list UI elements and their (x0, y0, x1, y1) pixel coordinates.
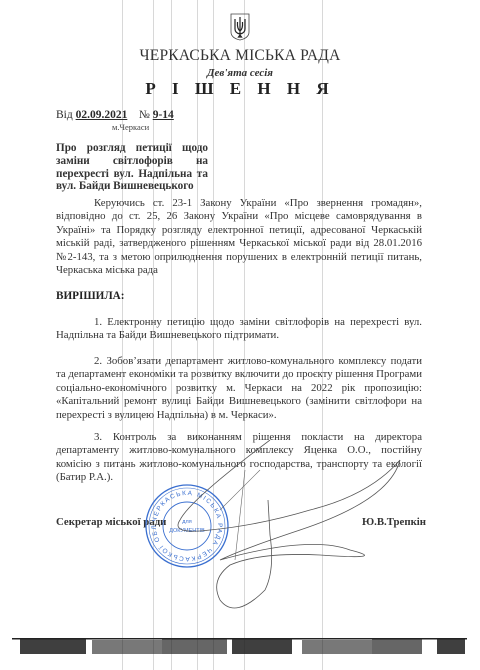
scan-footer-artifact (12, 630, 467, 656)
city: м.Черкаси (112, 122, 149, 132)
decision-number: 9-14 (153, 109, 174, 121)
document-title: Р І Ш Е Н Н Я (0, 79, 480, 99)
number-prefix: № (139, 109, 150, 121)
document-page: ЧЕРКАСЬКА МІСЬКА РАДА Дев'ята сесія Р І … (0, 0, 480, 670)
trident-coat-of-arms-icon (230, 13, 250, 41)
decision-date: 02.09.2021 (76, 109, 128, 121)
subject-heading: Про розгляд петиції щодо заміни світлофо… (56, 142, 208, 193)
council-name: ЧЕРКАСЬКА МІСЬКА РАДА (0, 47, 480, 65)
preamble-paragraph: Керуючись ст. 23-1 Закону України «Про з… (56, 197, 422, 277)
session-label: Дев'ята сесія (0, 67, 480, 79)
handwritten-signature (150, 440, 420, 620)
decision-item-1: 1. Електронну петицію щодо заміни світло… (56, 316, 422, 343)
date-number-line: Від 02.09.2021 № 9-14 (56, 109, 174, 121)
date-prefix: Від (56, 109, 73, 121)
resolved-label: ВИРІШИЛА: (56, 290, 124, 302)
decision-item-2: 2. Зобов’язати департамент житлово-комун… (56, 355, 422, 422)
